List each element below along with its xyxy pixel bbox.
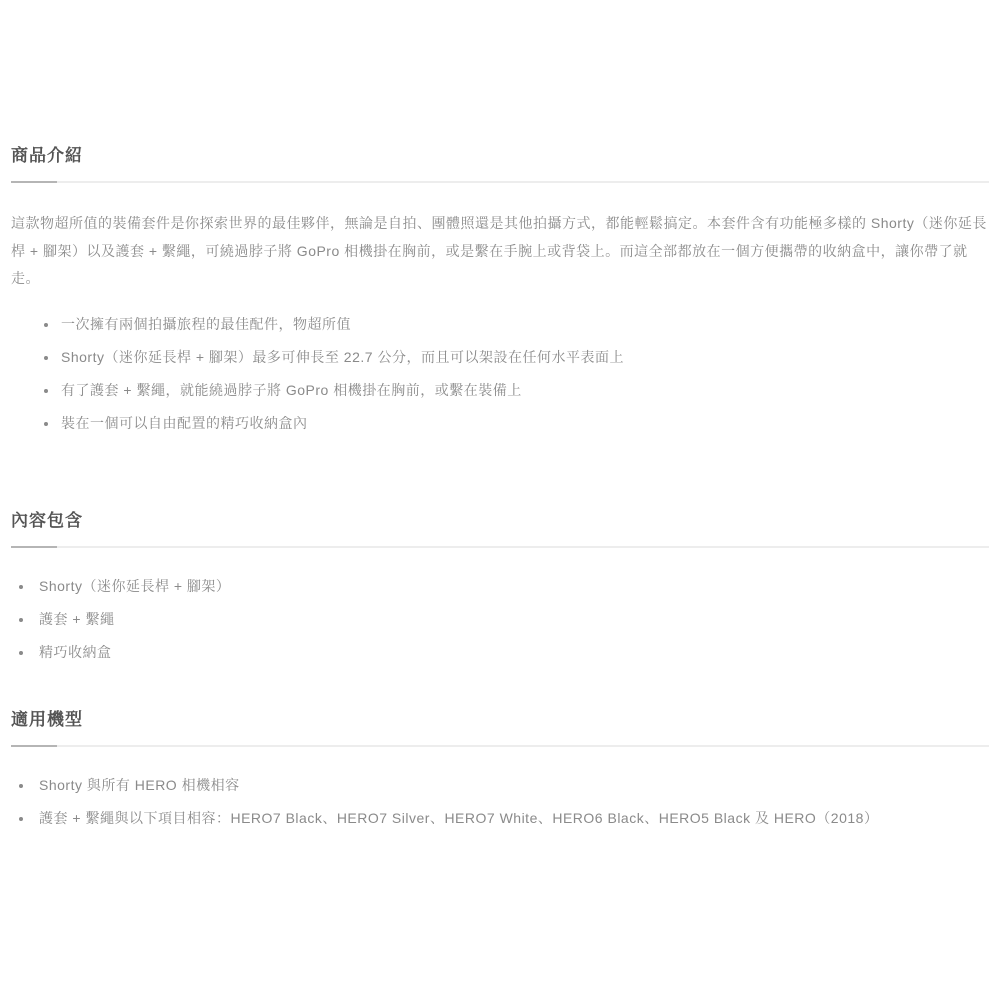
list-item: Shorty（迷你延長桿 + 腳架） (39, 570, 989, 603)
bullet-dot (19, 585, 23, 589)
list-item-text: 護套 + 繫繩與以下項目相容：HERO7 Black、HERO7 Silver、… (39, 810, 878, 826)
contents-bullet-list: Shorty（迷你延長桿 + 腳架） 護套 + 繫繩 精巧收納盒 (11, 570, 989, 669)
section-title-contents: 內容包含 (11, 510, 989, 532)
bullet-dot (44, 389, 48, 393)
intro-paragraph: 這款物超所值的裝備套件是你探索世界的最佳夥伴，無論是自拍、團體照還是其他拍攝方式… (11, 210, 989, 293)
list-item: 護套 + 繫繩與以下項目相容：HERO7 Black、HERO7 Silver、… (39, 802, 989, 835)
list-item: 有了護套 + 繫繩，就能繞過脖子將 GoPro 相機掛在胸前，或繫在裝備上 (61, 374, 989, 407)
section-divider (11, 181, 989, 183)
compatibility-bullet-list: Shorty 與所有 HERO 相機相容 護套 + 繫繩與以下項目相容：HERO… (11, 769, 989, 835)
section-divider (11, 745, 989, 747)
section-title-product-intro: 商品介紹 (11, 145, 989, 167)
list-item-text: Shorty（迷你延長桿 + 腳架） (39, 578, 230, 594)
list-item: 一次擁有兩個拍攝旅程的最佳配件，物超所值 (61, 308, 989, 341)
list-item-text: 精巧收納盒 (39, 644, 112, 660)
list-item-text: 有了護套 + 繫繩，就能繞過脖子將 GoPro 相機掛在胸前，或繫在裝備上 (61, 382, 522, 398)
divider-accent-bar (11, 546, 57, 548)
section-title-compatibility: 適用機型 (11, 709, 989, 731)
divider-accent-bar (11, 745, 57, 747)
list-item-text: 護套 + 繫繩 (39, 611, 114, 627)
bullet-dot (44, 323, 48, 327)
divider-accent-bar (11, 181, 57, 183)
section-product-intro: 商品介紹 這款物超所值的裝備套件是你探索世界的最佳夥伴，無論是自拍、團體照還是其… (11, 145, 989, 440)
list-item-text: 一次擁有兩個拍攝旅程的最佳配件，物超所值 (61, 316, 351, 332)
bullet-dot (19, 817, 23, 821)
list-item: 精巧收納盒 (39, 636, 989, 669)
intro-bullet-list: 一次擁有兩個拍攝旅程的最佳配件，物超所值 Shorty（迷你延長桿 + 腳架）最… (11, 308, 989, 440)
list-item-text: Shorty（迷你延長桿 + 腳架）最多可伸長至 22.7 公分，而且可以架設在… (61, 349, 624, 365)
section-divider (11, 546, 989, 548)
list-item: 護套 + 繫繩 (39, 603, 989, 636)
list-item-text: 裝在一個可以自由配置的精巧收納盒內 (61, 415, 308, 431)
section-contents-included: 內容包含 Shorty（迷你延長桿 + 腳架） 護套 + 繫繩 精巧收納盒 (11, 510, 989, 669)
list-item: Shorty（迷你延長桿 + 腳架）最多可伸長至 22.7 公分，而且可以架設在… (61, 341, 989, 374)
bullet-dot (19, 651, 23, 655)
section-compatible-models: 適用機型 Shorty 與所有 HERO 相機相容 護套 + 繫繩與以下項目相容… (11, 709, 989, 835)
list-item: 裝在一個可以自由配置的精巧收納盒內 (61, 407, 989, 440)
bullet-dot (19, 618, 23, 622)
list-item-text: Shorty 與所有 HERO 相機相容 (39, 777, 240, 793)
list-item: Shorty 與所有 HERO 相機相容 (39, 769, 989, 802)
product-description-page: 商品介紹 這款物超所值的裝備套件是你探索世界的最佳夥伴，無論是自拍、團體照還是其… (0, 0, 1000, 1000)
bullet-dot (44, 422, 48, 426)
bullet-dot (44, 356, 48, 360)
bullet-dot (19, 784, 23, 788)
